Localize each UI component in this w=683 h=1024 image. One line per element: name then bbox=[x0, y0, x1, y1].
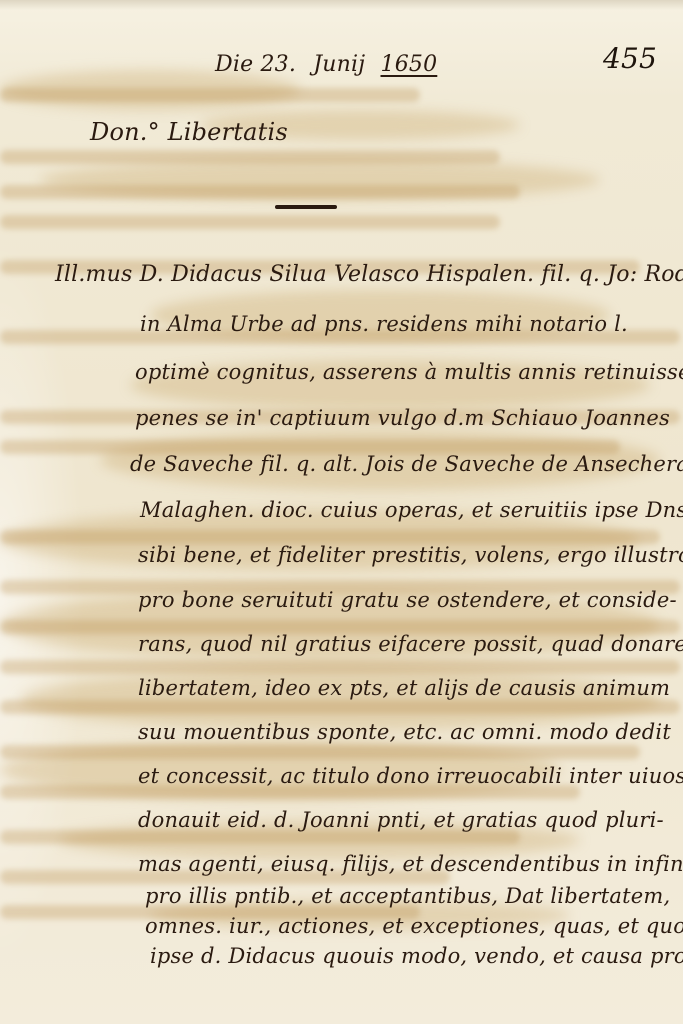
body-line: Malaghen. dioc. cuius operas, et seruiti… bbox=[140, 498, 683, 522]
date-prefix: Die 23. bbox=[215, 52, 296, 77]
folio-number: 455 bbox=[603, 42, 657, 75]
date-month: Junij bbox=[313, 52, 365, 77]
body-line: de Saveche fil. q. alt. Jois de Saveche … bbox=[130, 452, 683, 476]
body-line: libertatem, ideo ex pts, et alijs de cau… bbox=[138, 676, 670, 700]
body-line: mas agenti, eiusq. filijs, et descendent… bbox=[138, 852, 683, 876]
bleed-through-line bbox=[0, 700, 680, 714]
body-line: optimè cognitus, asserens à multis annis… bbox=[135, 360, 683, 384]
body-line: rans, quod nil gratius eifacere possit, … bbox=[138, 632, 683, 656]
bleed-through-line bbox=[0, 830, 520, 844]
page-top-edge bbox=[0, 0, 683, 10]
body-line: sibi bene, et fideliter prestitis, volen… bbox=[138, 543, 683, 567]
bleed-through-line bbox=[0, 745, 640, 759]
date-header: Die 23. Junij 1650 bbox=[215, 52, 437, 77]
body-line: Ill.mus D. Didacus Silua Velasco Hispale… bbox=[55, 262, 683, 287]
bleed-through-line bbox=[0, 88, 420, 102]
body-line: et concessit, ac titulo dono irreuocabil… bbox=[138, 764, 683, 788]
body-line: donauit eid. d. Joanni pnti, et gratias … bbox=[138, 808, 664, 832]
date-year: 1650 bbox=[381, 52, 438, 77]
body-line: pro illis pntib., et acceptantibus, Dat … bbox=[145, 884, 670, 908]
body-line: suu mouentibus sponte, etc. ac omni. mod… bbox=[138, 720, 671, 744]
bleed-through-line bbox=[0, 215, 500, 229]
bleed-through-line bbox=[0, 185, 520, 199]
bleed-through-line bbox=[0, 150, 500, 164]
separator-rule bbox=[275, 205, 337, 209]
bleed-through-line bbox=[0, 660, 680, 674]
body-line: in Alma Urbe ad pns. residens mihi notar… bbox=[140, 312, 628, 336]
body-line: ipse d. Didacus quouis modo, vendo, et c… bbox=[150, 944, 683, 968]
body-line: penes se in' captiuum vulgo d.m Schiauo … bbox=[135, 406, 670, 430]
bleed-through-line bbox=[0, 530, 660, 544]
manuscript-page: Die 23. Junij 1650 455 Don.° Libertatis … bbox=[0, 0, 683, 1024]
addressee-heading: Don.° Libertatis bbox=[90, 118, 288, 146]
body-line: pro bone seruituti gratu se ostendere, e… bbox=[138, 588, 677, 612]
body-line: omnes. iur., actiones, et exceptiones, q… bbox=[145, 914, 683, 938]
